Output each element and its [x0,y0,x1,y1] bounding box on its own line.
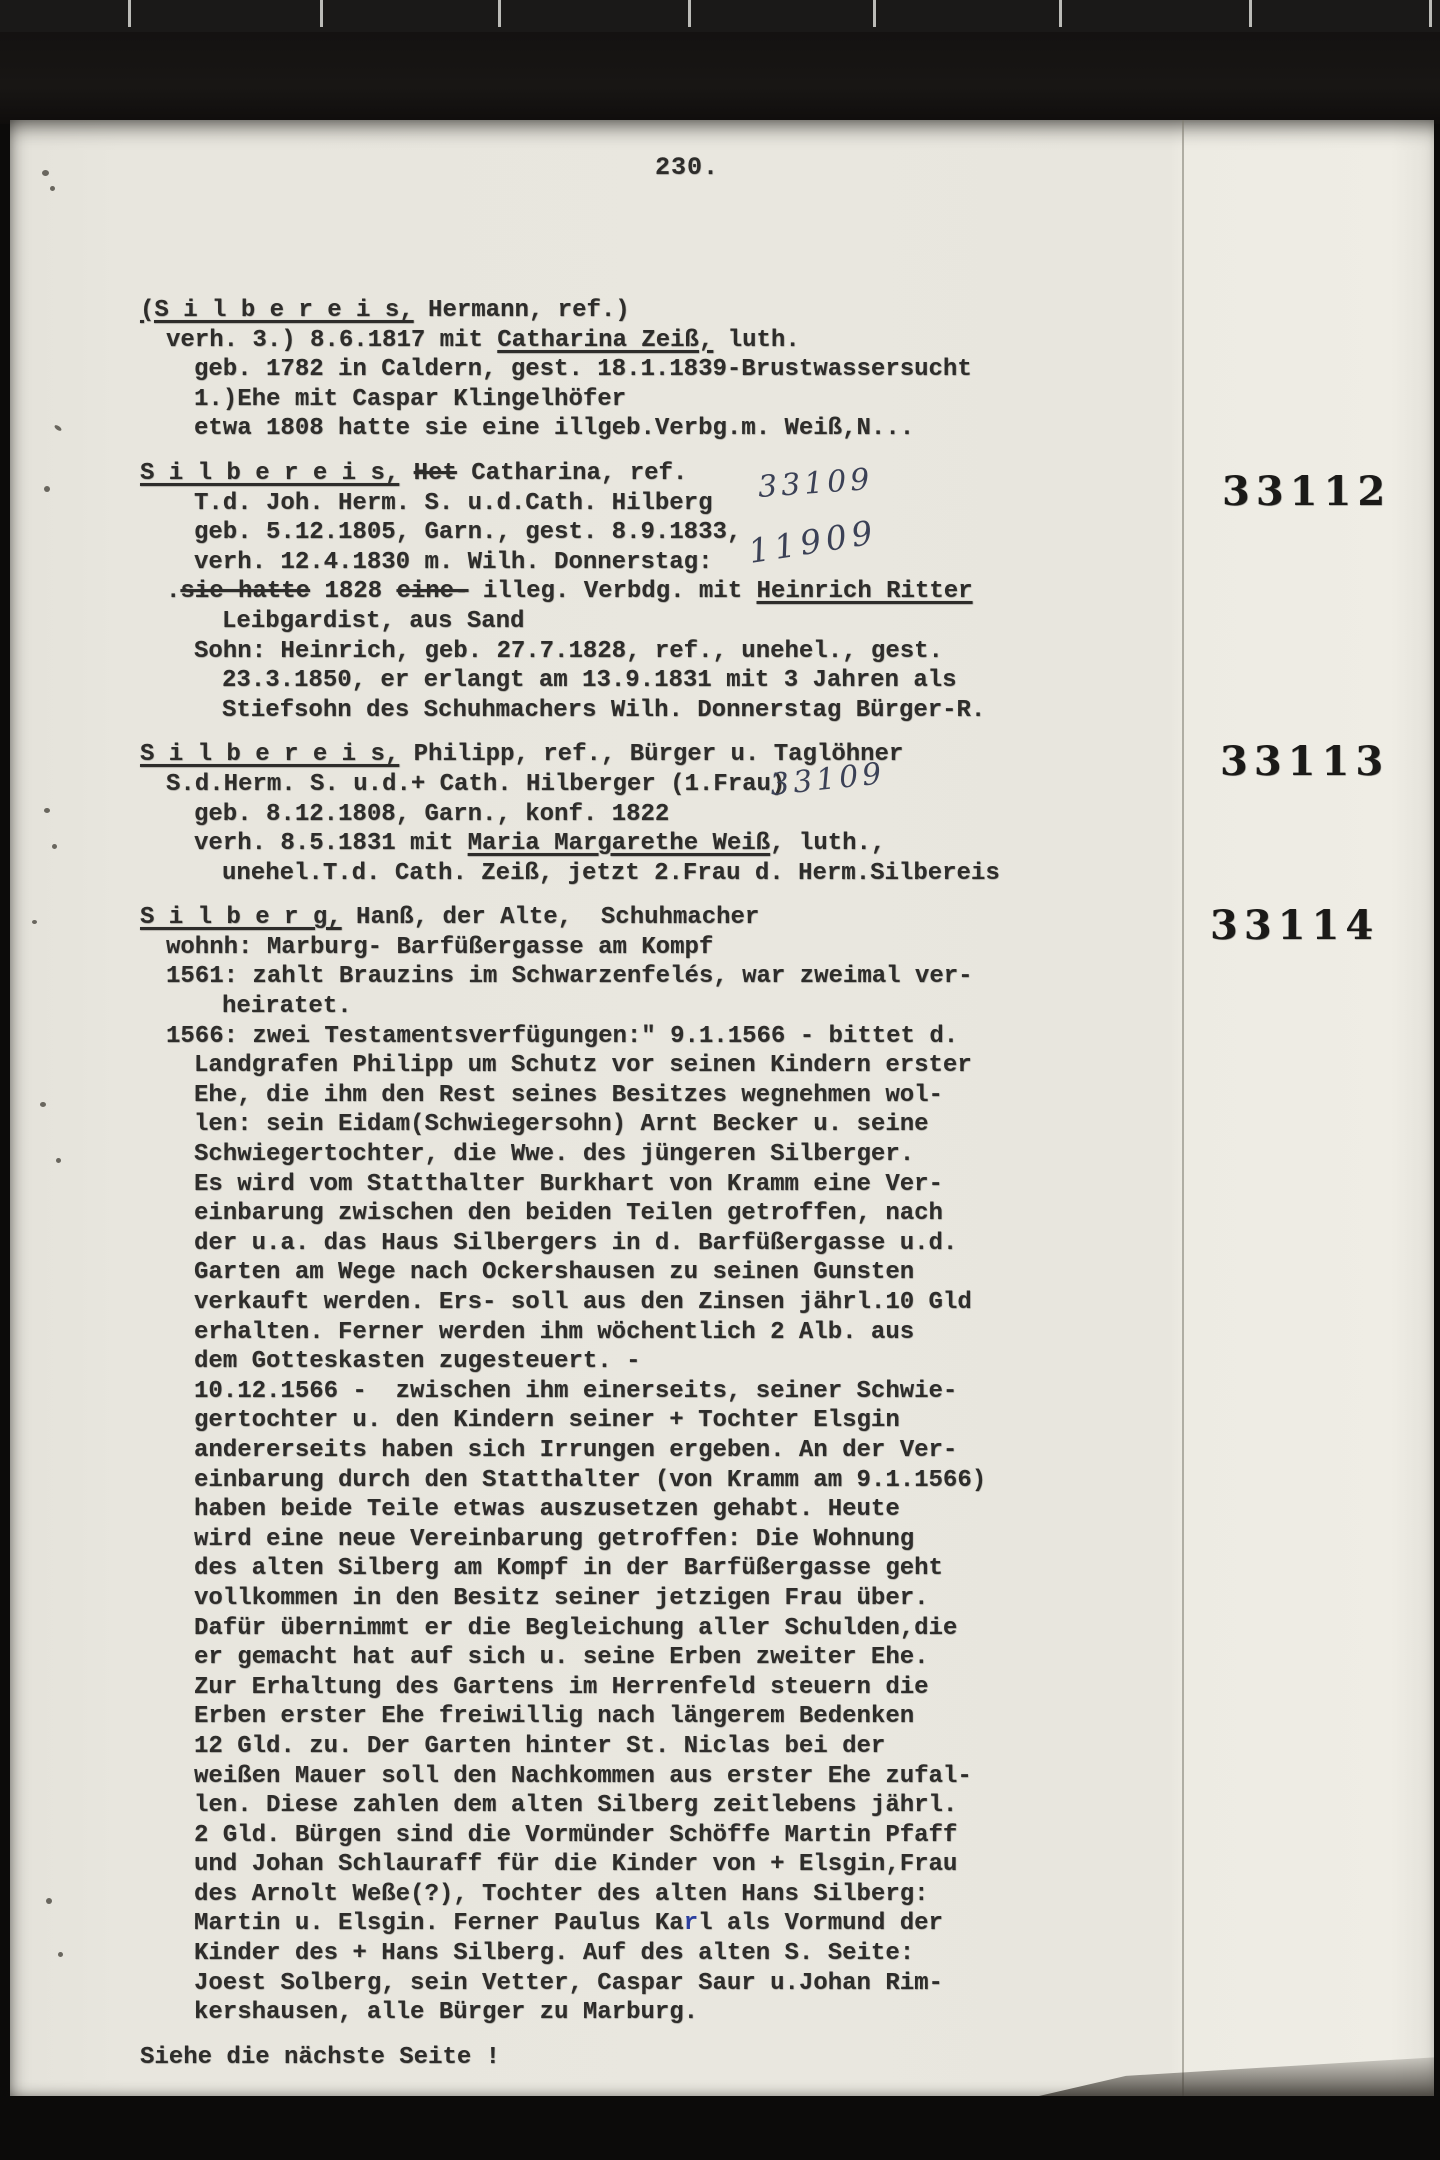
typed-text: r [684,1910,698,1937]
typed-text: unehel.T.d. Cath. Zeiß, jetzt 2.Frau d. … [222,860,1000,887]
underlined-text: S i l b e r e i s, [140,741,399,768]
typed-text: dem Gotteskasten zugesteuert. - [194,1348,640,1375]
paper-speck [46,1898,52,1904]
typed-line: 10.12.1566 - zwischen ihm einerseits, se… [140,1377,1120,1407]
typed-text: S.d.Herm. S. u.d.+ Cath. Hilberger (1.Fr… [166,771,785,798]
typed-line: wird eine neue Vereinbarung getroffen: D… [140,1525,1120,1555]
typed-line: S.d.Herm. S. u.d.+ Cath. Hilberger (1.Fr… [140,770,1120,800]
typed-text: Schwiegertochter, die Wwe. des jüngeren … [194,1141,914,1168]
typed-line: des Arnolt Weße(?), Tochter des alten Ha… [140,1880,1120,1910]
typed-text: Catharina, ref. [457,460,687,487]
typed-text: heiratet. [222,993,352,1020]
typed-text: 2 Gld. Bürgen sind die Vormünder Schöffe… [194,1822,957,1849]
stamp-number: 33113 [1220,738,1389,785]
typed-line: S i l b e r g, Hanß, der Alte, Schuhmach… [140,903,1120,933]
typed-line: verkauft werden. Ers- soll aus den Zinse… [140,1288,1120,1318]
typed-text: verkauft werden. Ers- soll aus den Zinse… [194,1289,972,1316]
typed-line: 1561: zahlt Brauzins im Schwarzenfelés, … [140,962,1120,992]
typed-text: 1561: zahlt Brauzins im Schwarzenfelés, … [166,963,973,990]
typed-line: Ehe, die ihm den Rest seines Besitzes we… [140,1081,1120,1111]
typed-line: dem Gotteskasten zugesteuert. - [140,1347,1120,1377]
typed-text: Zur Erhaltung des Gartens im Herrenfeld … [194,1674,929,1701]
film-tick-mark [128,0,131,27]
typed-line: Joest Solberg, sein Vetter, Caspar Saur … [140,1969,1120,1999]
typed-text: Stiefsohn des Schuhmachers Wilh. Donners… [222,697,985,724]
scanned-archive-document: { "document": { "page_number": "230.", "… [0,0,1440,2160]
typed-line: geb. 5.12.1805, Garn., gest. 8.9.1833, [140,518,1120,548]
entry-silberg-hanss: S i l b e r g, Hanß, der Alte, Schuhmach… [140,903,1120,2028]
typed-text: Dafür übernimmt er die Begleichung aller… [194,1615,957,1642]
paper-speck [40,1102,46,1107]
struck-text: sie hatte [180,578,310,605]
typed-text: vollkommen in den Besitz seiner jetzigen… [194,1585,929,1612]
typed-line: gertochter u. den Kindern seiner + Tocht… [140,1406,1120,1436]
film-tick-mark [498,0,501,27]
typed-text: Hanß, der Alte, Schuhmacher [342,904,760,931]
typed-line: Stiefsohn des Schuhmachers Wilh. Donners… [140,696,1120,726]
typed-text: Hermann, ref.) [414,297,630,324]
typed-line: des alten Silberg am Kompf in der Barfüß… [140,1554,1120,1584]
film-black-margin [0,32,1440,124]
paper-speck [32,920,37,924]
typed-text: einbarung zwischen den beiden Teilen get… [194,1200,943,1227]
typed-text: Joest Solberg, sein Vetter, Caspar Saur … [194,1970,943,1997]
typed-line: T.d. Joh. Herm. S. u.d.Cath. Hilberg [140,489,1120,519]
typed-text: haben beide Teile etwas auszusetzen geha… [194,1496,900,1523]
paper-speck [44,808,50,813]
typed-line: verh. 8.5.1831 mit Maria Margarethe Weiß… [140,829,1120,859]
stamp-number: 33112 [1222,468,1391,515]
typed-line: Sohn: Heinrich, geb. 27.7.1828, ref., un… [140,637,1120,667]
typed-text: etwa 1808 hatte sie eine illgeb.Verbg.m.… [194,415,914,442]
paper-speck [50,186,55,191]
typed-line: 2 Gld. Bürgen sind die Vormünder Schöffe… [140,1821,1120,1851]
typed-text: wohnh: Marburg- Barfüßergasse am Kompf [166,934,713,961]
typed-line: Zur Erhaltung des Gartens im Herrenfeld … [140,1673,1120,1703]
typed-line: einbarung durch den Statthalter (von Kra… [140,1466,1120,1496]
typed-text: verh. 12.4.1830 m. Wilh. Donnerstag: [194,549,712,576]
typed-line: er gemacht hat auf sich u. seine Erben z… [140,1643,1120,1673]
typed-text: . [166,578,180,605]
typed-text: len. Diese zahlen dem alten Silberg zeit… [194,1792,957,1819]
typed-text: T.d. Joh. Herm. S. u.d.Cath. Hilberg [194,490,712,517]
underlined-text: S i l b e r g, [140,904,342,931]
typed-line: wohnh: Marburg- Barfüßergasse am Kompf [140,933,1120,963]
film-tick-mark [320,0,323,27]
typed-line: Es wird vom Statthalter Burkhart von Kra… [140,1170,1120,1200]
film-tick-mark [1249,0,1252,27]
struck-text: Het [414,460,457,487]
typed-text: verh. 8.5.1831 mit [194,830,468,857]
typed-line: der u.a. das Haus Silbergers in d. Barfü… [140,1229,1120,1259]
paper-speck [56,1158,61,1163]
paper-speck [58,1952,63,1957]
typed-text: illeg. Verbdg. mit [468,578,756,605]
typed-text: des Arnolt Weße(?), Tochter des alten Ha… [194,1881,929,1908]
typed-text: len: sein Eidam(Schwiegersohn) Arnt Beck… [194,1111,929,1138]
typed-line: .sie hatte 1828 eine- illeg. Verbdg. mit… [140,577,1120,607]
typed-text: Garten am Wege nach Ockershausen zu sein… [194,1259,914,1286]
typed-line: unehel.T.d. Cath. Zeiß, jetzt 2.Frau d. … [140,859,1120,889]
typed-text: er gemacht hat auf sich u. seine Erben z… [194,1644,929,1671]
underlined-text: (S i l b e r e i s, [140,297,414,324]
typed-line: verh. 3.) 8.6.1817 mit Catharina Zeiß, l… [140,326,1120,356]
typed-line: Schwiegertochter, die Wwe. des jüngeren … [140,1140,1120,1170]
entry-silbereis-philipp: S i l b e r e i s, Philipp, ref., Bürger… [140,740,1120,888]
typed-text: erhalten. Ferner werden ihm wöchentlich … [194,1319,914,1346]
typed-text: 12 Gld. zu. Der Garten hinter St. Niclas… [194,1733,885,1760]
typed-text: des alten Silberg am Kompf in der Barfüß… [194,1555,943,1582]
typed-text-column: (S i l b e r e i s, Hermann, ref.)verh. … [140,296,1120,2072]
film-tick-mark [1429,0,1432,27]
underlined-text: S i l b e r e i s, [140,460,399,487]
typed-line: 1.)Ehe mit Caspar Klingelhöfer [140,385,1120,415]
typed-line: Erben erster Ehe freiwillig nach längere… [140,1702,1120,1732]
typed-line: weißen Mauer soll den Nachkommen aus ers… [140,1762,1120,1792]
typed-line: kershausen, alle Bürger zu Marburg. [140,1998,1120,2028]
typed-text: kershausen, alle Bürger zu Marburg. [194,1999,698,2026]
typed-line: 23.3.1850, er erlangt am 13.9.1831 mit 3… [140,666,1120,696]
typed-line: Dafür übernimmt er die Begleichung aller… [140,1614,1120,1644]
underlined-text: Catharina Zeiß, [497,327,713,354]
typed-text: Leibgardist, aus Sand [222,608,524,635]
paper-speck [52,844,57,849]
typed-line: 1566: zwei Testamentsverfügungen:" 9.1.1… [140,1022,1120,1052]
typed-text: Ehe, die ihm den Rest seines Besitzes we… [194,1082,943,1109]
paper-crease-line [1182,120,1184,2096]
typed-line: Garten am Wege nach Ockershausen zu sein… [140,1258,1120,1288]
paper-speck [42,170,49,176]
typed-text: Kinder des + Hans Silberg. Auf des alten… [194,1940,914,1967]
typed-text: l als Vormund der [698,1910,943,1937]
typed-text: Sohn: Heinrich, geb. 27.7.1828, ref., un… [194,638,943,665]
typed-text: luth. [713,327,799,354]
typed-line: verh. 12.4.1830 m. Wilh. Donnerstag: [140,548,1120,578]
typed-text: geb. 1782 in Caldern, gest. 18.1.1839-Br… [194,356,972,383]
stamp-number: 33114 [1210,902,1379,949]
underlined-text: Maria Margarethe Weiß [468,830,770,857]
typed-line: heiratet. [140,992,1120,1022]
typed-text: einbarung durch den Statthalter (von Kra… [194,1467,986,1494]
underlined-text: Heinrich Ritter [757,578,973,605]
typed-text: 1828 [310,578,396,605]
typed-line: len. Diese zahlen dem alten Silberg zeit… [140,1791,1120,1821]
typed-line: Kinder des + Hans Silberg. Auf des alten… [140,1939,1120,1969]
struck-text: eine- [396,578,468,605]
paper-speck [54,424,63,432]
typed-line: (S i l b e r e i s, Hermann, ref.) [140,296,1120,326]
document-page: 230. (S i l b e r e i s, Hermann, ref.)v… [10,120,1434,2096]
typed-line: Leibgardist, aus Sand [140,607,1120,637]
typed-text: gertochter u. den Kindern seiner + Tocht… [194,1407,900,1434]
film-tick-mark [688,0,691,27]
typed-line: erhalten. Ferner werden ihm wöchentlich … [140,1318,1120,1348]
typed-line: S i l b e r e i s, Philipp, ref., Bürger… [140,740,1120,770]
typed-text [399,460,413,487]
typed-line: S i l b e r e i s, Het Catharina, ref. [140,459,1120,489]
typed-line: haben beide Teile etwas auszusetzen geha… [140,1495,1120,1525]
typed-text: und Johan Schlauraff für die Kinder von … [194,1851,957,1878]
typed-text: 23.3.1850, er erlangt am 13.9.1831 mit 3… [222,667,957,694]
paper-speck [44,486,50,492]
typed-text: andererseits haben sich Irrungen ergeben… [194,1437,957,1464]
film-tick-mark [873,0,876,27]
typed-line: 12 Gld. zu. Der Garten hinter St. Niclas… [140,1732,1120,1762]
typed-text: , luth., [770,830,885,857]
typed-text: Martin u. Elsgin. Ferner Paulus Ka [194,1910,684,1937]
typed-text: Landgrafen Philipp um Schutz vor seinen … [194,1052,972,1079]
typed-text: 1566: zwei Testamentsverfügungen:" 9.1.1… [166,1023,958,1050]
typed-text: 1.)Ehe mit Caspar Klingelhöfer [194,386,626,413]
entry-silbereis-hermann: (S i l b e r e i s, Hermann, ref.)verh. … [140,296,1120,444]
page-number: 230. [655,153,719,182]
typed-line: len: sein Eidam(Schwiegersohn) Arnt Beck… [140,1110,1120,1140]
see-next-page-note: Siehe die nächste Seite ! [140,2043,1120,2073]
film-strip [0,0,1440,32]
typed-text: geb. 5.12.1805, Garn., gest. 8.9.1833, [194,519,741,546]
entry-silbereis-catharina: S i l b e r e i s, Het Catharina, ref.T.… [140,459,1120,725]
film-tick-mark [1059,0,1062,27]
typed-line: Landgrafen Philipp um Schutz vor seinen … [140,1051,1120,1081]
typed-text: 10.12.1566 - zwischen ihm einerseits, se… [194,1378,957,1405]
typed-text: Es wird vom Statthalter Burkhart von Kra… [194,1171,943,1198]
typed-line: vollkommen in den Besitz seiner jetzigen… [140,1584,1120,1614]
typed-line: andererseits haben sich Irrungen ergeben… [140,1436,1120,1466]
typed-line: geb. 1782 in Caldern, gest. 18.1.1839-Br… [140,355,1120,385]
typed-line: geb. 8.12.1808, Garn., konf. 1822 [140,800,1120,830]
typed-line: etwa 1808 hatte sie eine illgeb.Verbg.m.… [140,414,1120,444]
typed-line: Martin u. Elsgin. Ferner Paulus Karl als… [140,1909,1120,1939]
typed-text: wird eine neue Vereinbarung getroffen: D… [194,1526,914,1553]
typed-line: einbarung zwischen den beiden Teilen get… [140,1199,1120,1229]
typed-text: verh. 3.) 8.6.1817 mit [166,327,497,354]
typed-text: der u.a. das Haus Silbergers in d. Barfü… [194,1230,957,1257]
typed-text: Erben erster Ehe freiwillig nach längere… [194,1703,914,1730]
typed-text: weißen Mauer soll den Nachkommen aus ers… [194,1763,972,1790]
typed-line: und Johan Schlauraff für die Kinder von … [140,1850,1120,1880]
typed-text: geb. 8.12.1808, Garn., konf. 1822 [194,801,669,828]
